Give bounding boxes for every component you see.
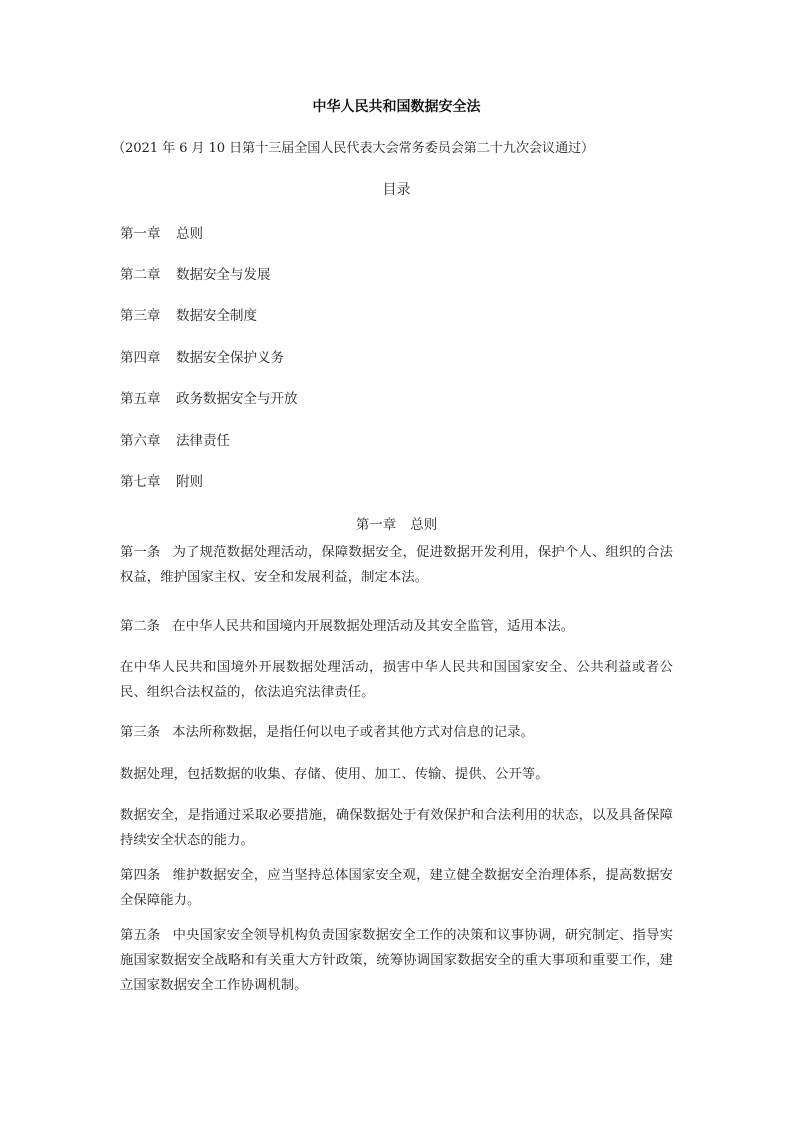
article-paragraph: 数据处理，包括数据的收集、存储、使用、加工、传输、提供、公开等。 xyxy=(120,762,673,787)
article-number: 第五条 xyxy=(120,928,161,943)
article-text: 维护数据安全，应当坚持总体国家安全观，建立健全数据安全治理体系，提高数据安全保障… xyxy=(120,868,673,908)
toc-chapter-number: 第二章 xyxy=(120,263,176,283)
toc-chapter-number: 第七章 xyxy=(120,470,176,490)
toc-chapter-number: 第四章 xyxy=(120,346,176,366)
toc-item: 第五章政务数据安全与开放 xyxy=(120,387,298,407)
toc-item: 第七章附则 xyxy=(120,470,203,490)
article-paragraph: 数据安全，是指通过采取必要措施，确保数据处于有效保护和合法利用的状态，以及具备保… xyxy=(120,803,673,853)
article-paragraph: 第五条中央国家安全领导机构负责国家数据安全工作的决策和议事协调，研究制定、指导实… xyxy=(120,923,673,998)
article-text: 在中华人民共和国境内开展数据处理活动及其安全监管，适用本法。 xyxy=(172,619,574,634)
toc-chapter-number: 第三章 xyxy=(120,304,176,324)
toc-chapter-title: 法律责任 xyxy=(176,433,230,449)
document-subtitle: （2021 年 6 月 10 日第十三届全国人民代表大会常务委员会第二十九次会议… xyxy=(112,137,594,156)
article-paragraph: 第一条为了规范数据处理活动，保障数据安全，促进数据开发利用，保护个人、组织的合法… xyxy=(120,540,673,590)
article-number: 第三条 xyxy=(120,725,160,740)
toc-item: 第三章数据安全制度 xyxy=(120,304,257,324)
toc-chapter-title: 数据安全制度 xyxy=(176,308,257,324)
toc-chapter-title: 政务数据安全与开放 xyxy=(176,391,298,407)
article-number: 第四条 xyxy=(120,868,161,883)
chapter-heading: 第一章总则 xyxy=(120,513,673,533)
toc-chapter-number: 第六章 xyxy=(120,429,176,449)
document-title: 中华人民共和国数据安全法 xyxy=(120,96,673,116)
article-paragraph: 在中华人民共和国境外开展数据处理活动，损害中华人民共和国国家安全、公共利益或者公… xyxy=(120,655,673,705)
article-paragraph: 第四条维护数据安全，应当坚持总体国家安全观，建立健全数据安全治理体系，提高数据安… xyxy=(120,863,673,913)
toc-item: 第一章总则 xyxy=(120,222,203,242)
toc-chapter-title: 附则 xyxy=(176,474,203,490)
article-paragraph: 第二条在中华人民共和国境内开展数据处理活动及其安全监管，适用本法。 xyxy=(120,614,673,639)
article-text: 本法所称数据，是指任何以电子或者其他方式对信息的记录。 xyxy=(172,725,534,740)
toc-chapter-title: 数据安全保护义务 xyxy=(176,350,284,366)
toc-heading: 目录 xyxy=(120,179,673,199)
toc-chapter-title: 总则 xyxy=(176,226,203,242)
article-text: 数据安全，是指通过采取必要措施，确保数据处于有效保护和合法利用的状态，以及具备保… xyxy=(120,808,673,848)
article-paragraph: 第三条本法所称数据，是指任何以电子或者其他方式对信息的记录。 xyxy=(120,720,673,745)
article-text: 在中华人民共和国境外开展数据处理活动，损害中华人民共和国国家安全、公共利益或者公… xyxy=(120,660,673,700)
toc-item: 第二章数据安全与发展 xyxy=(120,263,271,283)
toc-item: 第六章法律责任 xyxy=(120,429,230,449)
toc-chapter-number: 第五章 xyxy=(120,387,176,407)
toc-item: 第四章数据安全保护义务 xyxy=(120,346,284,366)
article-number: 第二条 xyxy=(120,619,160,634)
toc-chapter-title: 数据安全与发展 xyxy=(176,267,271,283)
toc-chapter-number: 第一章 xyxy=(120,222,176,242)
article-number: 第一条 xyxy=(120,545,161,560)
article-text: 为了规范数据处理活动，保障数据安全，促进数据开发利用，保护个人、组织的合法权益，… xyxy=(120,545,673,585)
article-text: 数据处理，包括数据的收集、存储、使用、加工、传输、提供、公开等。 xyxy=(120,767,549,782)
article-text: 中央国家安全领导机构负责国家数据安全工作的决策和议事协调，研究制定、指导实施国家… xyxy=(120,928,673,993)
